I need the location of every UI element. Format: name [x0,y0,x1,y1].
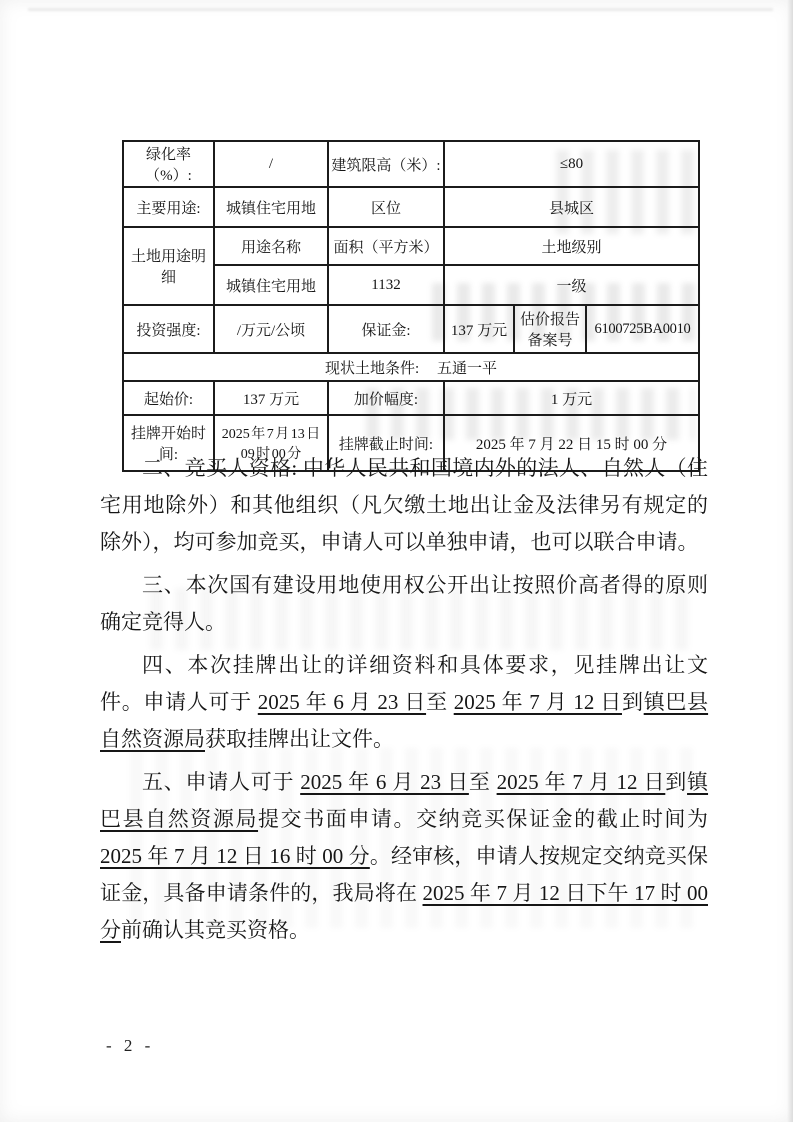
land-condition-cell: 现状土地条件: 五通一平 [123,353,699,381]
page-number: - 2 - [106,1036,154,1056]
use-name-header-cell: 用途名称 [214,227,328,265]
location-label-cell: 区位 [328,187,444,227]
scan-edge-artifact [28,8,773,11]
land-condition-label: 现状土地条件: [325,361,419,377]
text-run: 三、本次国有建设用地使用权公开出让按照价高者得的原则确定竞得人。 [100,573,708,634]
height-limit-value-cell: ≤80 [444,141,699,187]
table-row: 土地用途明细 用途名称 面积（平方米） 土地级别 [123,227,699,265]
text-run: 五、申请人可于 [142,770,300,794]
underlined-text: 2025 年 6 月 23 日 [258,690,426,714]
land-condition-value: 五通一平 [437,361,497,377]
table-row: 主要用途: 城镇住宅用地 区位 县城区 [123,187,699,227]
investment-label-cell: 投资强度: [123,305,214,353]
increment-label-cell: 加价幅度: [328,381,444,415]
text-run: 二、竞买人资格: 中华人民共和国境内外的法人、自然人（住宅用地除外）和其他组织（… [100,456,708,554]
greening-rate-label-cell: 绿化率（%）: [123,141,214,187]
location-value-cell: 县城区 [444,187,699,227]
deposit-label-cell: 保证金: [328,305,444,353]
paragraph-listing-documents: 四、本次挂牌出让的详细资料和具体要求，见挂牌出让文件。申请人可于 2025 年 … [100,647,708,758]
investment-value-cell: /万元/公顷 [214,305,328,353]
appraisal-report-label-cell: 估价报告备案号 [514,305,586,353]
area-value-cell: 1132 [328,265,444,305]
deposit-value-cell: 137 万元 [444,305,514,353]
start-price-value-cell: 137 万元 [214,381,328,415]
underlined-text: 2025 年 7 月 12 日 [454,690,622,714]
grade-header-cell: 土地级别 [444,227,699,265]
table-row: 投资强度: /万元/公顷 保证金: 137 万元 估价报告备案号 6100725… [123,305,699,353]
scanned-document-page: 绿化率（%）: / 建筑限高（米）: ≤80 主要用途: 城镇住宅用地 区位 县… [0,0,793,1122]
text-run: 提交书面申请。交纳竞买保证金的截止时间为 [258,807,708,831]
land-listing-info-table: 绿化率（%）: / 建筑限高（米）: ≤80 主要用途: 城镇住宅用地 区位 县… [122,140,700,472]
use-name-value-cell: 城镇住宅用地 [214,265,328,305]
underlined-text: 2025 年 7 月 12 日 [497,770,666,794]
text-run: 前确认其竞买资格。 [121,918,310,942]
text-run: 到 [622,690,644,714]
area-header-cell: 面积（平方米） [328,227,444,265]
paragraph-highest-bidder-rule: 三、本次国有建设用地使用权公开出让按照价高者得的原则确定竞得人。 [100,567,708,641]
appraisal-report-number-cell: 6100725BA0010 [586,305,699,353]
increment-value-cell: 1 万元 [444,381,699,415]
grade-value-cell: 一级 [444,265,699,305]
main-use-label-cell: 主要用途: [123,187,214,227]
table-row: 现状土地条件: 五通一平 [123,353,699,381]
underlined-text: 2025 年 7 月 12 日 16 时 00 分 [100,844,370,868]
use-detail-label-cell: 土地用途明细 [123,227,214,305]
height-limit-label-cell: 建筑限高（米）: [328,141,444,187]
paragraph-application-procedure: 五、申请人可于 2025 年 6 月 23 日至 2025 年 7 月 12 日… [100,764,708,949]
underlined-text: 2025 年 6 月 23 日 [300,770,469,794]
table-row: 起始价: 137 万元 加价幅度: 1 万元 [123,381,699,415]
greening-rate-value-cell: / [214,141,328,187]
main-use-value-cell: 城镇住宅用地 [214,187,328,227]
table-row: 绿化率（%）: / 建筑限高（米）: ≤80 [123,141,699,187]
start-price-label-cell: 起始价: [123,381,214,415]
text-run: 到 [665,770,687,794]
paragraph-bidder-qualification: 二、竞买人资格: 中华人民共和国境内外的法人、自然人（住宅用地除外）和其他组织（… [100,450,708,561]
scan-edge-artifact [787,0,793,1122]
text-run: 至 [426,690,454,714]
text-run: 获取挂牌出让文件。 [205,727,394,751]
document-body-text: 二、竞买人资格: 中华人民共和国境内外的法人、自然人（住宅用地除外）和其他组织（… [100,450,708,955]
text-run: 至 [469,770,497,794]
